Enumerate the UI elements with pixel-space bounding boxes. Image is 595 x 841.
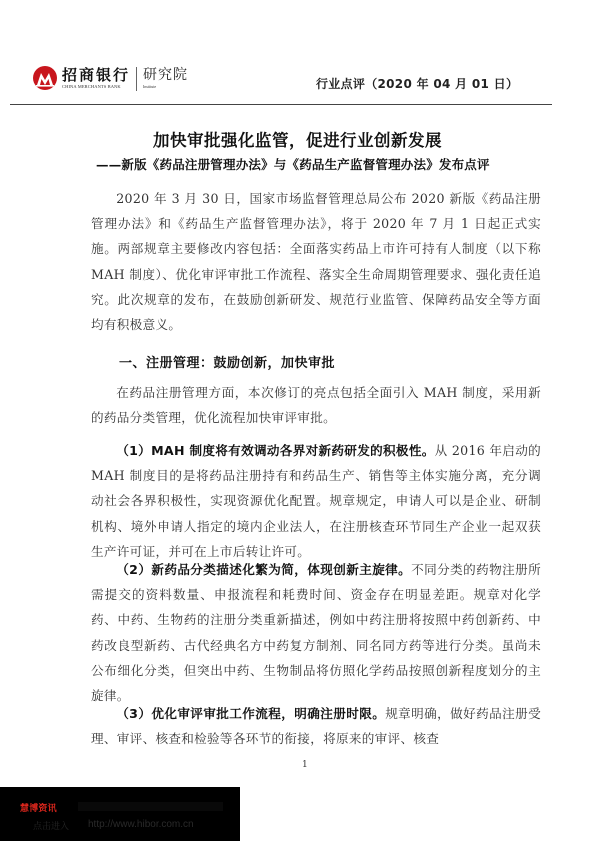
footer-enter-link[interactable]: 点击进入: [33, 819, 69, 832]
header-divider: [10, 104, 552, 105]
page-header: 招商银行 CHINA MERCHANTS BANK 研究院 Institute …: [0, 0, 595, 106]
point-2-paragraph: （2）新药品分类描述化繁为简，体现创新主旋律。不同分类的药物注册所需提交的资料数…: [91, 557, 541, 708]
section-heading-1: 一、注册管理：鼓励创新，加快审批: [119, 352, 335, 371]
footer-obscured-text: [78, 802, 223, 811]
point-1-paragraph: （1）MAH 制度将有效调动各界对新药研发的积极性。从 2016 年启动的 MA…: [91, 438, 541, 564]
point-2-text: 不同分类的药物注册所需提交的资料数量、申报流程和耗费时间、资金存在明显差距。规章…: [91, 562, 541, 703]
cmb-research-logo: 招商银行 CHINA MERCHANTS BANK 研究院 Institute: [33, 66, 188, 91]
document-title: 加快审批强化监管，促进行业创新发展: [0, 127, 595, 151]
cmb-logo-icon: [33, 66, 57, 90]
logo-name-en: CHINA MERCHANTS BANK: [62, 84, 130, 90]
document-subtitle: ——新版《药品注册管理办法》与《药品生产监督管理办法》发布点评: [96, 155, 490, 173]
logo-divider: [136, 67, 137, 91]
footer-ad-banner[interactable]: 慧博资讯 点击进入 http://www.hibor.com.cn: [0, 787, 240, 841]
logo-institute-en: Institute: [143, 84, 188, 90]
footer-brand: 慧博资讯: [20, 801, 57, 814]
point-2-lead: （2）新药品分类描述化繁为简，体现创新主旋律。: [116, 562, 411, 577]
point-1-text: 从 2016 年启动的 MAH 制度目的是将药品注册持有和药品生产、销售等主体实…: [91, 443, 541, 559]
logo-name-cn: 招商银行: [62, 66, 130, 84]
point-1-lead: （1）MAH 制度将有效调动各界对新药研发的积极性。: [116, 443, 434, 458]
logo-institute-cn: 研究院: [143, 66, 188, 84]
footer-url-link[interactable]: http://www.hibor.com.cn: [88, 819, 194, 830]
point-3-lead: （3）优化审评审批工作流程，明确注册时限。: [116, 706, 385, 721]
report-type-date: 行业点评（2020 年 04 月 01 日）: [316, 75, 518, 92]
point-3-paragraph: （3）优化审评审批工作流程，明确注册时限。规章明确，做好药品注册受理、审评、核查…: [91, 701, 541, 751]
page-number: 1: [302, 760, 308, 770]
intro-paragraph: 2020 年 3 月 30 日，国家市场监督管理总局公布 2020 新版《药品注…: [91, 186, 541, 337]
section1-intro-paragraph: 在药品注册管理方面，本次修订的亮点包括全面引入 MAH 制度，采用新的药品分类管…: [91, 380, 541, 430]
